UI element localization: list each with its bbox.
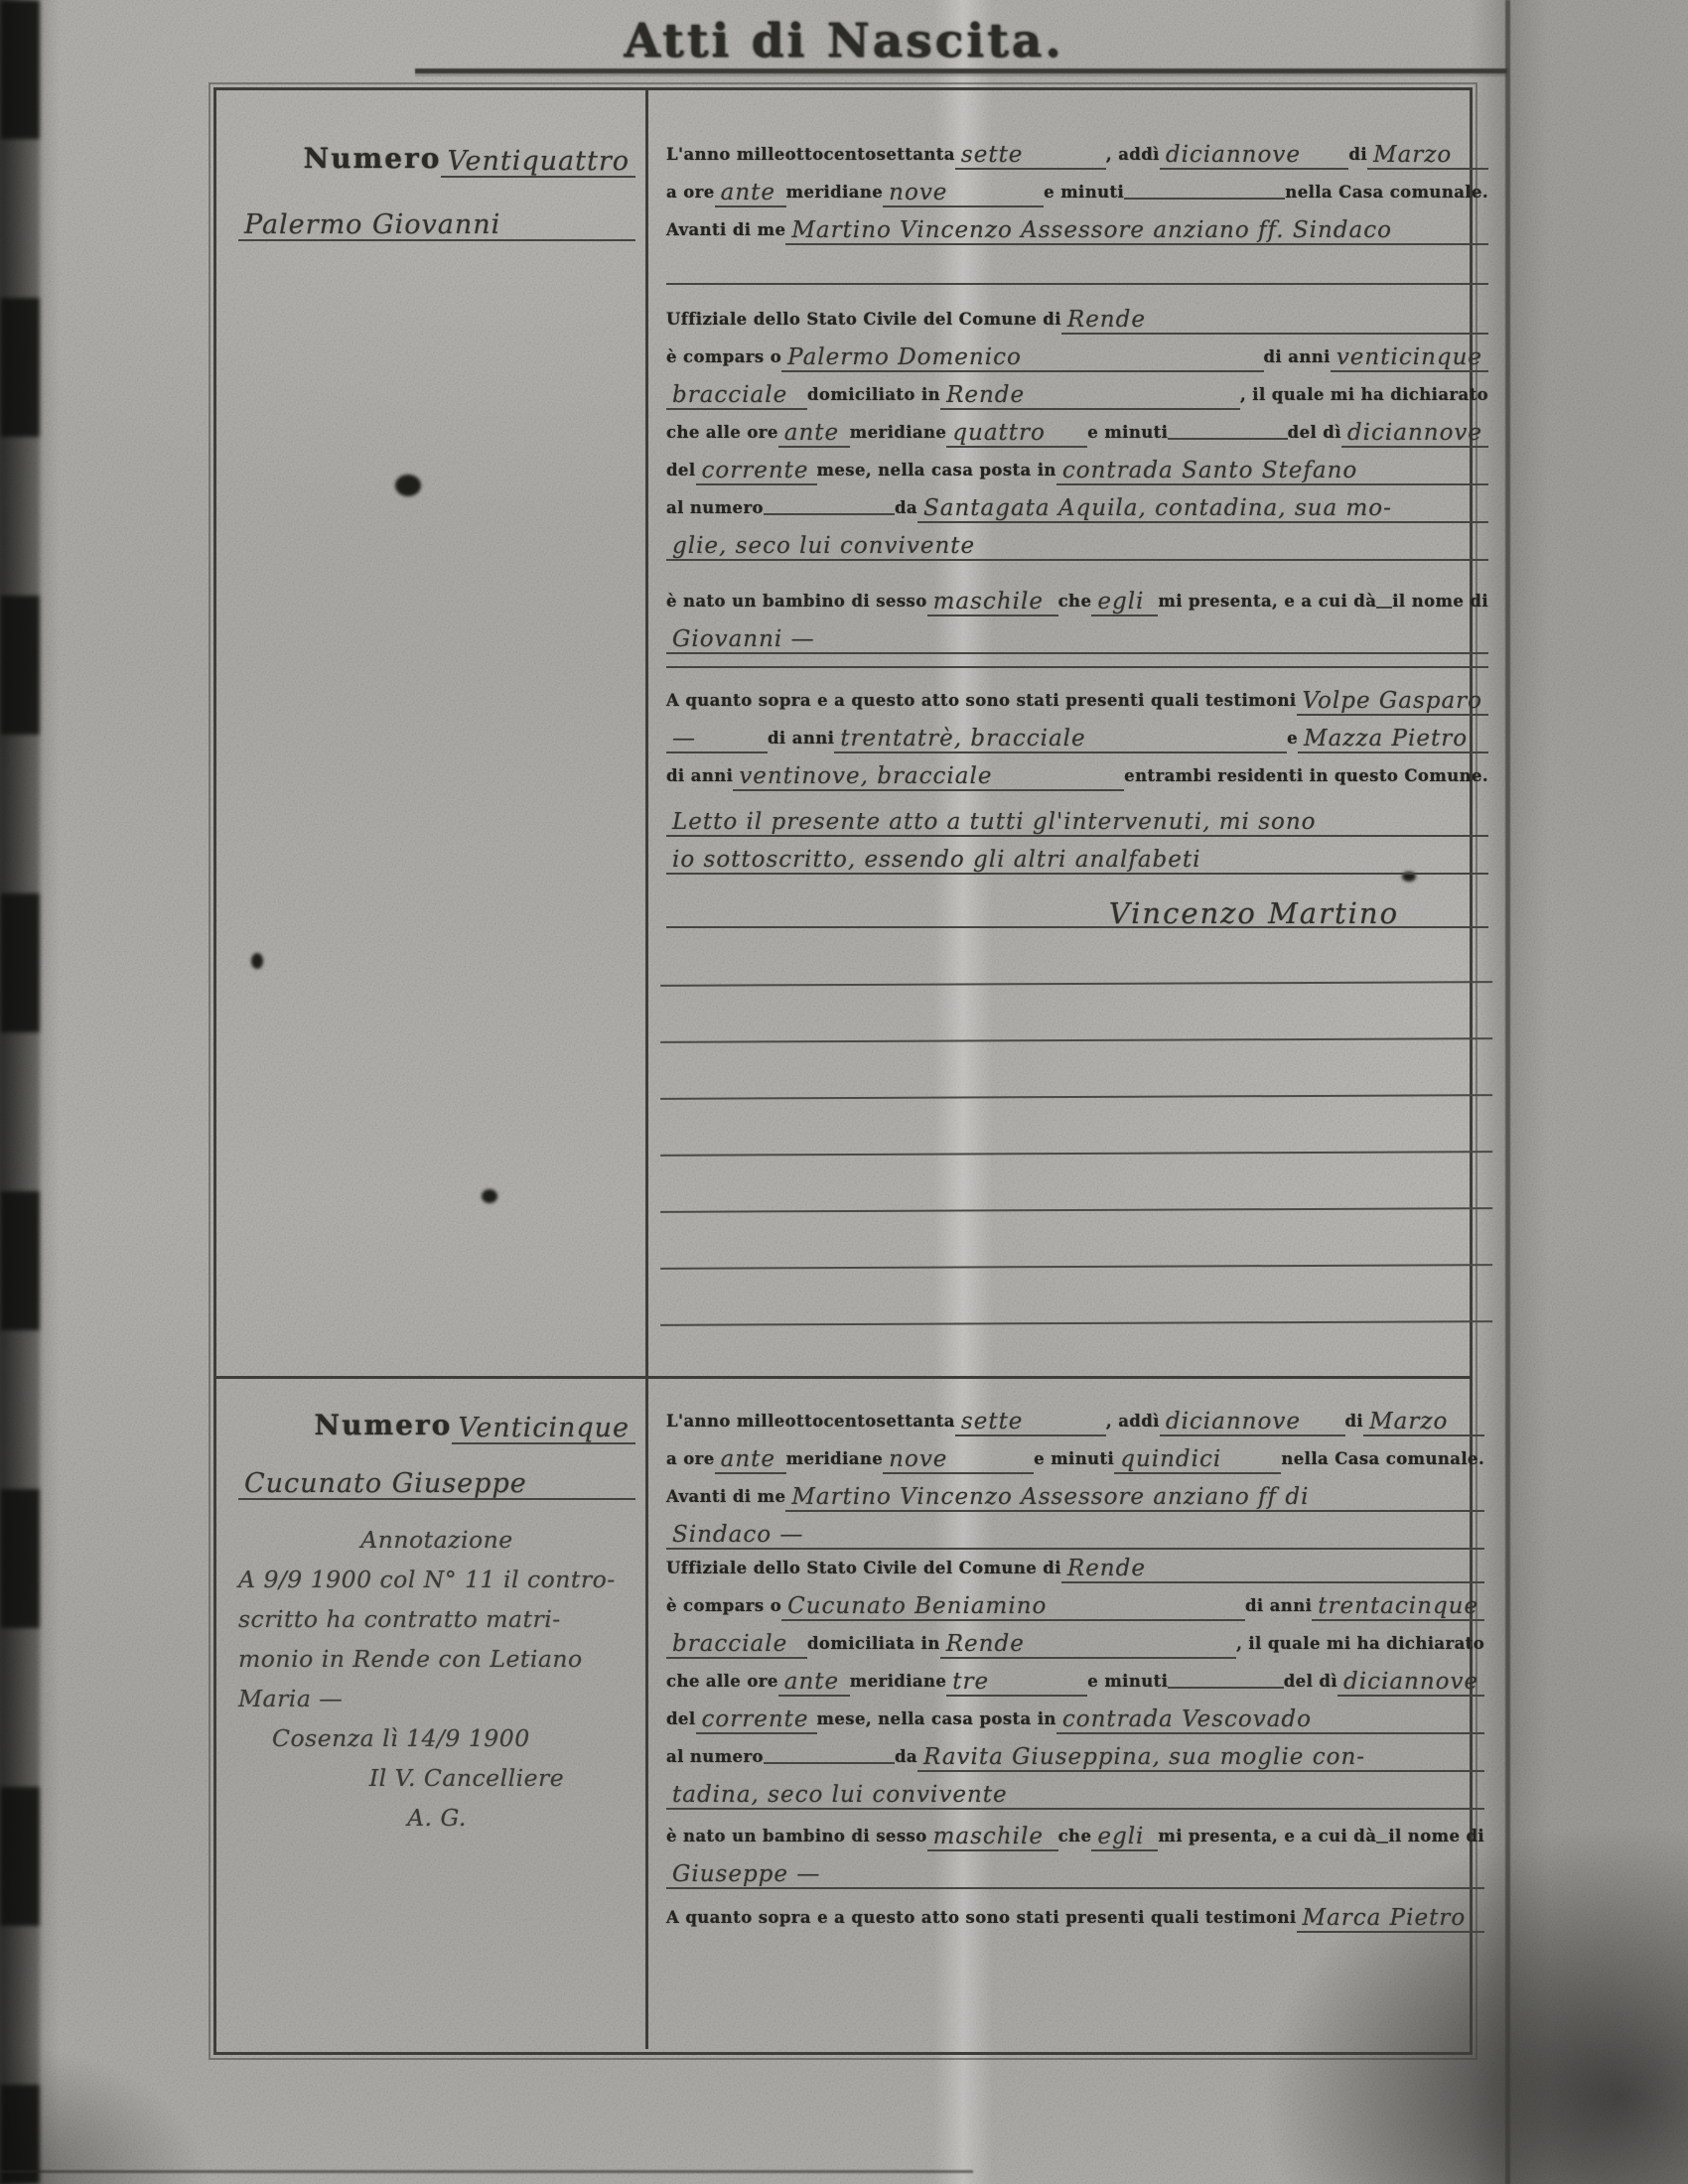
- printed-dichiarato: , il quale mi ha dichiarato: [1236, 1634, 1484, 1653]
- house-number-fill: [764, 1761, 895, 1764]
- day-fill: diciannove: [1160, 1411, 1345, 1436]
- ruled-line: [660, 1266, 1492, 1326]
- official-fill: Martino Vincenzo Assessore anziano ff di: [785, 1486, 1484, 1512]
- annotation-line: monio in Rende con Letiano: [238, 1639, 635, 1679]
- ruled-line: [660, 1209, 1492, 1270]
- house-number-fill: [764, 512, 895, 515]
- printed-che: che: [1058, 592, 1092, 611]
- ruled-line: [660, 1039, 1492, 1100]
- sex-fill: maschile: [927, 591, 1058, 616]
- printed-al-numero: al numero: [666, 498, 764, 517]
- marriage-annotation: Annotazione A 9/9 1900 col N° 11 il cont…: [238, 1520, 635, 1838]
- birth-record-1: Numero Ventiquattro Palermo Giovanni L'a…: [216, 90, 1470, 1376]
- printed-di-anni: di anni: [768, 729, 834, 748]
- official-fill: Martino Vincenzo Assessore anziano ff. S…: [785, 219, 1488, 245]
- annotation-initials: A. G.: [238, 1798, 635, 1838]
- ruled-line: [660, 1096, 1492, 1157]
- birth-hour-fill: quattro: [946, 422, 1087, 448]
- annotation-line: Maria —: [238, 1679, 635, 1718]
- che-fill: egli: [1091, 591, 1158, 616]
- printed-lanno: L'anno milleottocentosettanta: [666, 1412, 955, 1431]
- witnesses-fill: Marca Pietro: [1297, 1907, 1485, 1933]
- printed-di: di: [1345, 1412, 1364, 1431]
- printed-il-nome-di: il nome di: [1388, 1827, 1484, 1845]
- che-fill: egli: [1091, 1826, 1158, 1851]
- record-1-form-column: L'anno milleottocentosettanta sette , ad…: [645, 90, 1504, 1376]
- page-title: Atti di Nascita.: [0, 14, 1688, 68]
- current-month-fill: corrente: [696, 1708, 817, 1734]
- profession-fill: bracciale: [666, 1633, 807, 1659]
- month-fill: Marzo: [1363, 1411, 1484, 1436]
- numero-label: Numero: [315, 1409, 453, 1441]
- printed-a-quanto: A quanto sopra e a questo atto sono stat…: [666, 691, 1297, 710]
- printed-del-di: del dì: [1284, 1672, 1337, 1691]
- birth-record-2: Numero Venticinque Cucunato Giuseppe Ann…: [216, 1376, 1470, 2049]
- witness-dash: —: [666, 728, 768, 753]
- mother-fill-2: glie, seco lui convivente: [666, 535, 1488, 561]
- witness-1-fill: Volpe Gasparo: [1297, 690, 1489, 716]
- printed-di-anni: di anni: [666, 766, 733, 785]
- closing-line-1: Letto il presente atto a tutti gl'interv…: [666, 811, 1488, 837]
- numero-label: Numero: [304, 142, 442, 175]
- printed-addi: , addì: [1106, 145, 1160, 164]
- comune-fill: Rende: [1061, 309, 1488, 335]
- printed-di: di: [1348, 145, 1367, 164]
- printed-addi: , addì: [1106, 1412, 1160, 1431]
- printed-mi-presenta: mi presenta, e a cui dà: [1158, 592, 1376, 611]
- birth-minutes-fill: [1168, 437, 1287, 440]
- printed-dichiarato: , il quale mi ha dichiarato: [1240, 385, 1488, 404]
- mother-fill: Ravita Giuseppina, sua moglie con-: [917, 1746, 1484, 1772]
- month-fill: Marzo: [1367, 144, 1488, 170]
- witness-2-age-fill: ventinove, bracciale: [733, 765, 1124, 791]
- printed-e-minuti: e minuti: [1034, 1449, 1114, 1468]
- annotation-date: Cosenza lì 14/9 1900: [238, 1718, 635, 1758]
- mother-fill-2: tadina, seco lui convivente: [666, 1784, 1484, 1810]
- birth-hour-fill: tre: [946, 1671, 1087, 1697]
- minutes-fill: quindici: [1114, 1448, 1281, 1474]
- annotation-role: Il V. Cancelliere: [238, 1758, 635, 1798]
- register-sheet: Numero Ventiquattro Palermo Giovanni L'a…: [213, 87, 1473, 2055]
- comune-fill: Rende: [1061, 1558, 1484, 1583]
- birth-day-fill: diciannove: [1337, 1671, 1484, 1697]
- witness-2-fill: Mazza Pietro: [1298, 728, 1488, 753]
- printed-e-nato: è nato un bambino di sesso: [666, 1827, 927, 1845]
- closing-line-2: io sottoscritto, essendo gli altri analf…: [666, 849, 1488, 875]
- da-gap-fill: [1376, 1841, 1388, 1843]
- day-fill: diciannove: [1160, 144, 1349, 170]
- printed-da: da: [895, 498, 917, 517]
- birth-minutes-fill: [1168, 1686, 1283, 1689]
- official-signature: Vincenzo Martino: [1109, 896, 1399, 930]
- printed-entrambi: entrambi residenti in questo Comune.: [1124, 766, 1488, 785]
- printed-a-ore: a ore: [666, 1449, 715, 1468]
- official-fill-2: Sindaco —: [666, 1524, 1484, 1550]
- domicile-fill: Rende: [940, 1633, 1236, 1659]
- contrada-fill: contrada Vescovado: [1056, 1708, 1484, 1734]
- left-edge-blotches: [0, 0, 40, 2184]
- year-fill: sette: [955, 144, 1106, 170]
- printed-il-nome-di: il nome di: [1392, 592, 1488, 611]
- numero-value: Ventiquattro: [441, 148, 635, 178]
- declarant-fill: Cucunato Beniamino: [781, 1595, 1245, 1621]
- record-2-margin-column: Numero Venticinque Cucunato Giuseppe Ann…: [216, 1379, 645, 2049]
- year-fill: sette: [955, 1411, 1106, 1436]
- printed-mese-casa: mese, nella casa posta in: [817, 1709, 1056, 1728]
- mother-fill: Santagata Aquila, contadina, sua mo-: [917, 497, 1488, 523]
- birth-ante-fill: ante: [778, 1671, 850, 1697]
- printed-lanno: L'anno milleottocentosettanta: [666, 145, 955, 164]
- printed-di-anni: di anni: [1264, 347, 1331, 366]
- printed-e-minuti: e minuti: [1087, 1672, 1168, 1691]
- printed-mi-presenta: mi presenta, e a cui dà: [1158, 1827, 1376, 1845]
- page-edge-line: [1505, 0, 1510, 2184]
- domicile-fill: Rende: [940, 384, 1240, 410]
- printed-del-di: del dì: [1288, 423, 1341, 442]
- printed-meridiane: meridiane: [786, 1449, 884, 1468]
- printed-del: del: [666, 1709, 696, 1728]
- printed-meridiane: meridiane: [786, 183, 884, 202]
- hour-fill: nove: [883, 182, 1044, 207]
- age-fill: venticinque: [1331, 346, 1488, 372]
- printed-domiciliato: domiciliato in: [807, 385, 940, 404]
- printed-avanti: Avanti di me: [666, 1487, 785, 1506]
- printed-meridiane: meridiane: [850, 423, 947, 442]
- printed-e-nato: è nato un bambino di sesso: [666, 592, 927, 611]
- annotation-line: scritto ha contratto matri-: [238, 1599, 635, 1639]
- hour-fill: nove: [883, 1448, 1034, 1474]
- printed-comparso: è compars o: [666, 347, 781, 366]
- ante-fill: ante: [715, 1448, 786, 1474]
- bottom-scan-line: [0, 2170, 973, 2173]
- printed-meridiane: meridiane: [850, 1672, 947, 1691]
- witness-1-age-fill: trentatrè, bracciale: [834, 728, 1287, 753]
- minutes-fill: [1124, 197, 1285, 200]
- printed-del: del: [666, 461, 696, 479]
- ruled-line: [660, 1153, 1492, 1213]
- printed-e-minuti: e minuti: [1087, 423, 1168, 442]
- printed-uffiziale: Uffiziale dello Stato Civile del Comune …: [666, 310, 1061, 329]
- child-name-fill: Giuseppe —: [666, 1863, 1484, 1889]
- printed-mese-casa: mese, nella casa posta in: [817, 461, 1056, 479]
- ruled-line: [660, 983, 1492, 1043]
- printed-a-quanto: A quanto sopra e a questo atto sono stat…: [666, 1908, 1297, 1927]
- rule: [666, 283, 1488, 285]
- annotation-title: Annotazione: [238, 1520, 635, 1560]
- printed-nella-casa: nella Casa comunale.: [1281, 1449, 1484, 1468]
- printed-che-alle-ore: che alle ore: [666, 423, 778, 442]
- printed-e: e: [1287, 729, 1298, 748]
- age-fill: trentacinque: [1312, 1595, 1484, 1621]
- birth-ante-fill: ante: [778, 422, 850, 448]
- margin-name: Cucunato Giuseppe: [238, 1470, 635, 1500]
- ruled-line: [660, 926, 1492, 987]
- record-2-form-column: L'anno milleottocentosettanta sette , ad…: [645, 1379, 1500, 2049]
- birth-day-fill: diciannove: [1341, 422, 1488, 448]
- printed-che-alle-ore: che alle ore: [666, 1672, 778, 1691]
- empty-ruled-lines: [666, 928, 1488, 1324]
- printed-avanti: Avanti di me: [666, 220, 785, 239]
- child-name-fill: Giovanni —: [666, 628, 1488, 654]
- printed-a-ore: a ore: [666, 183, 715, 202]
- record-1-margin-column: Numero Ventiquattro Palermo Giovanni: [216, 90, 645, 1376]
- profession-fill: bracciale: [666, 384, 807, 410]
- rule: [666, 666, 1488, 668]
- printed-e-minuti: e minuti: [1044, 183, 1124, 202]
- declarant-fill: Palermo Domenico: [781, 346, 1263, 372]
- ante-fill: ante: [715, 182, 786, 207]
- printed-di-anni: di anni: [1245, 1596, 1312, 1615]
- printed-domiciliata: domiciliata in: [807, 1634, 940, 1653]
- contrada-fill: contrada Santo Stefano: [1056, 460, 1488, 485]
- printed-nella-casa: nella Casa comunale.: [1285, 183, 1488, 202]
- printed-da: da: [895, 1747, 917, 1766]
- margin-name: Palermo Giovanni: [238, 211, 635, 241]
- sex-fill: maschile: [927, 1826, 1058, 1851]
- printed-che: che: [1058, 1827, 1092, 1845]
- title-rule: [415, 68, 1507, 73]
- printed-uffiziale: Uffiziale dello Stato Civile del Comune …: [666, 1559, 1061, 1577]
- numero-value: Venticinque: [452, 1415, 635, 1444]
- printed-al-numero: al numero: [666, 1747, 764, 1766]
- annotation-line: A 9/9 1900 col N° 11 il contro-: [238, 1560, 635, 1599]
- scanned-page: Atti di Nascita. Numero Ventiquattro Pal…: [0, 0, 1688, 2184]
- da-gap-fill: [1376, 606, 1392, 609]
- current-month-fill: corrente: [696, 460, 817, 485]
- printed-comparso: è compars o: [666, 1596, 781, 1615]
